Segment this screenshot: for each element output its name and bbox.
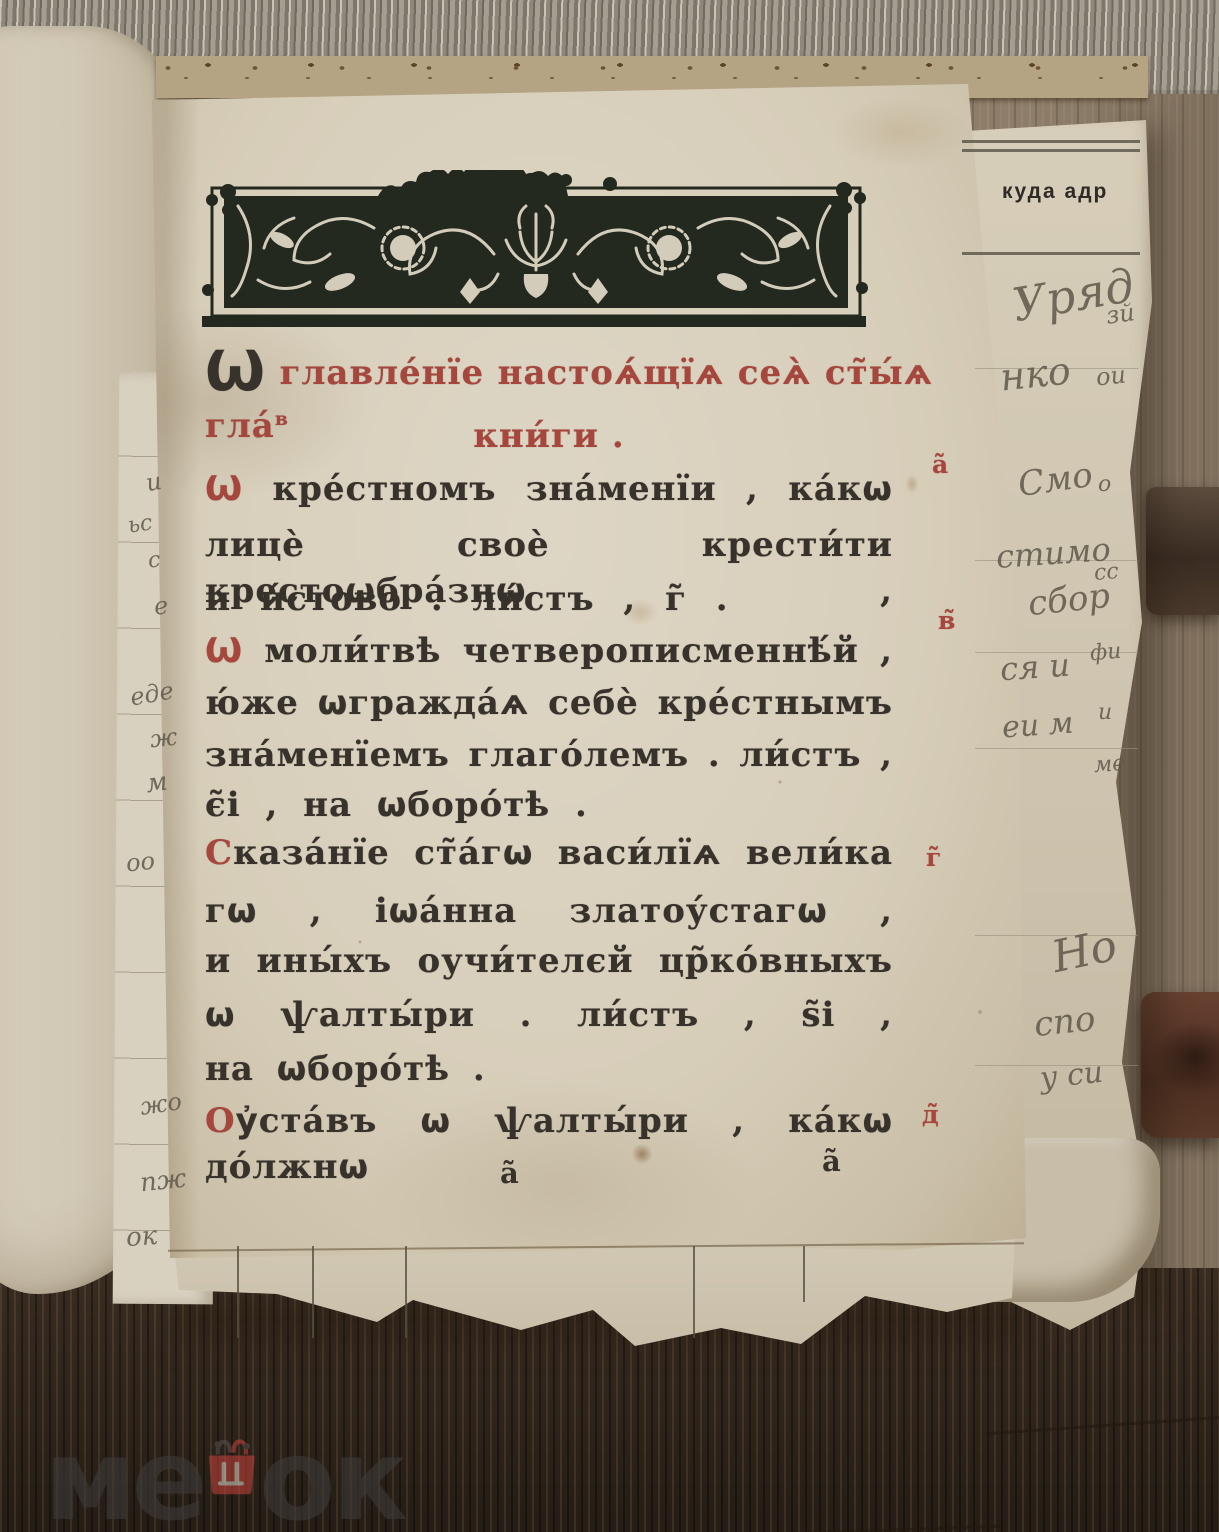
- handwriting-fragment-right: спо: [1032, 999, 1097, 1045]
- form-printed-rule: [962, 252, 1140, 255]
- form-printed-rule: [962, 149, 1140, 152]
- form-vertical-rule: [693, 1246, 695, 1338]
- handwriting-fragment-left: и: [144, 467, 164, 497]
- handwriting-fragment-left: еде: [128, 676, 176, 711]
- form-printed-label: куда адр: [1002, 180, 1108, 204]
- watermark-text-left: ме: [44, 1426, 204, 1532]
- form-printed-rule: [962, 140, 1140, 143]
- handwriting-fragment-left: ж: [149, 723, 179, 754]
- form-vertical-rule: [237, 1246, 239, 1338]
- handwriting-fragment-left: оо: [125, 847, 157, 878]
- handwriting-fragment-right: еи м: [1001, 706, 1075, 746]
- handwriting-fragment-right: зй: [1104, 298, 1136, 330]
- handwriting-fragment-left: с: [147, 547, 162, 573]
- watermark-text-right: ок: [259, 1426, 404, 1532]
- handwriting-fragment-left: пж: [139, 1164, 188, 1199]
- form-vertical-rule: [405, 1246, 407, 1338]
- handwriting-fragment-left: м: [144, 767, 170, 800]
- form-vertical-rule: [312, 1246, 314, 1338]
- handwriting-fragment-right: Смо: [1016, 455, 1096, 505]
- handwriting-fragment-right: о: [1098, 472, 1111, 497]
- watermark-bag-icon: [204, 1386, 260, 1532]
- handwriting-fragment-right: Но: [1047, 920, 1121, 983]
- handwriting-fragment-right: ои: [1095, 361, 1128, 392]
- watermark-logo: ме ок: [44, 1384, 404, 1532]
- handwriting-fragment-left: е: [152, 591, 170, 621]
- handwriting-fragment-right: и: [1098, 700, 1112, 725]
- photo-of-old-book: Ѡ главле́нїе настоѧ́щїѧ сеѧ̀ ст̃ы́ѧ гла́…: [0, 0, 1219, 1532]
- handwriting-fragment-right: ме: [1093, 751, 1126, 778]
- handwriting-fragment-left: жо: [138, 1087, 183, 1121]
- form-cell-rule: [975, 748, 1138, 749]
- handwriting-fragment-right: сс: [1093, 559, 1120, 586]
- handwriting-fragment-right: ся и: [999, 646, 1071, 689]
- handwriting-fragment-right: фи: [1089, 639, 1122, 667]
- handwriting-fragment-left: ок: [125, 1221, 158, 1253]
- handwriting-fragment-left: ьс: [126, 510, 154, 538]
- handwriting-fragment-right: у си: [1038, 1055, 1104, 1096]
- handwriting-fragment-right: нко: [998, 348, 1073, 399]
- form-layer: куда адр УряднкоСмостимосборся иеи мзйои…: [0, 0, 1219, 1532]
- form-vertical-rule: [803, 1246, 805, 1302]
